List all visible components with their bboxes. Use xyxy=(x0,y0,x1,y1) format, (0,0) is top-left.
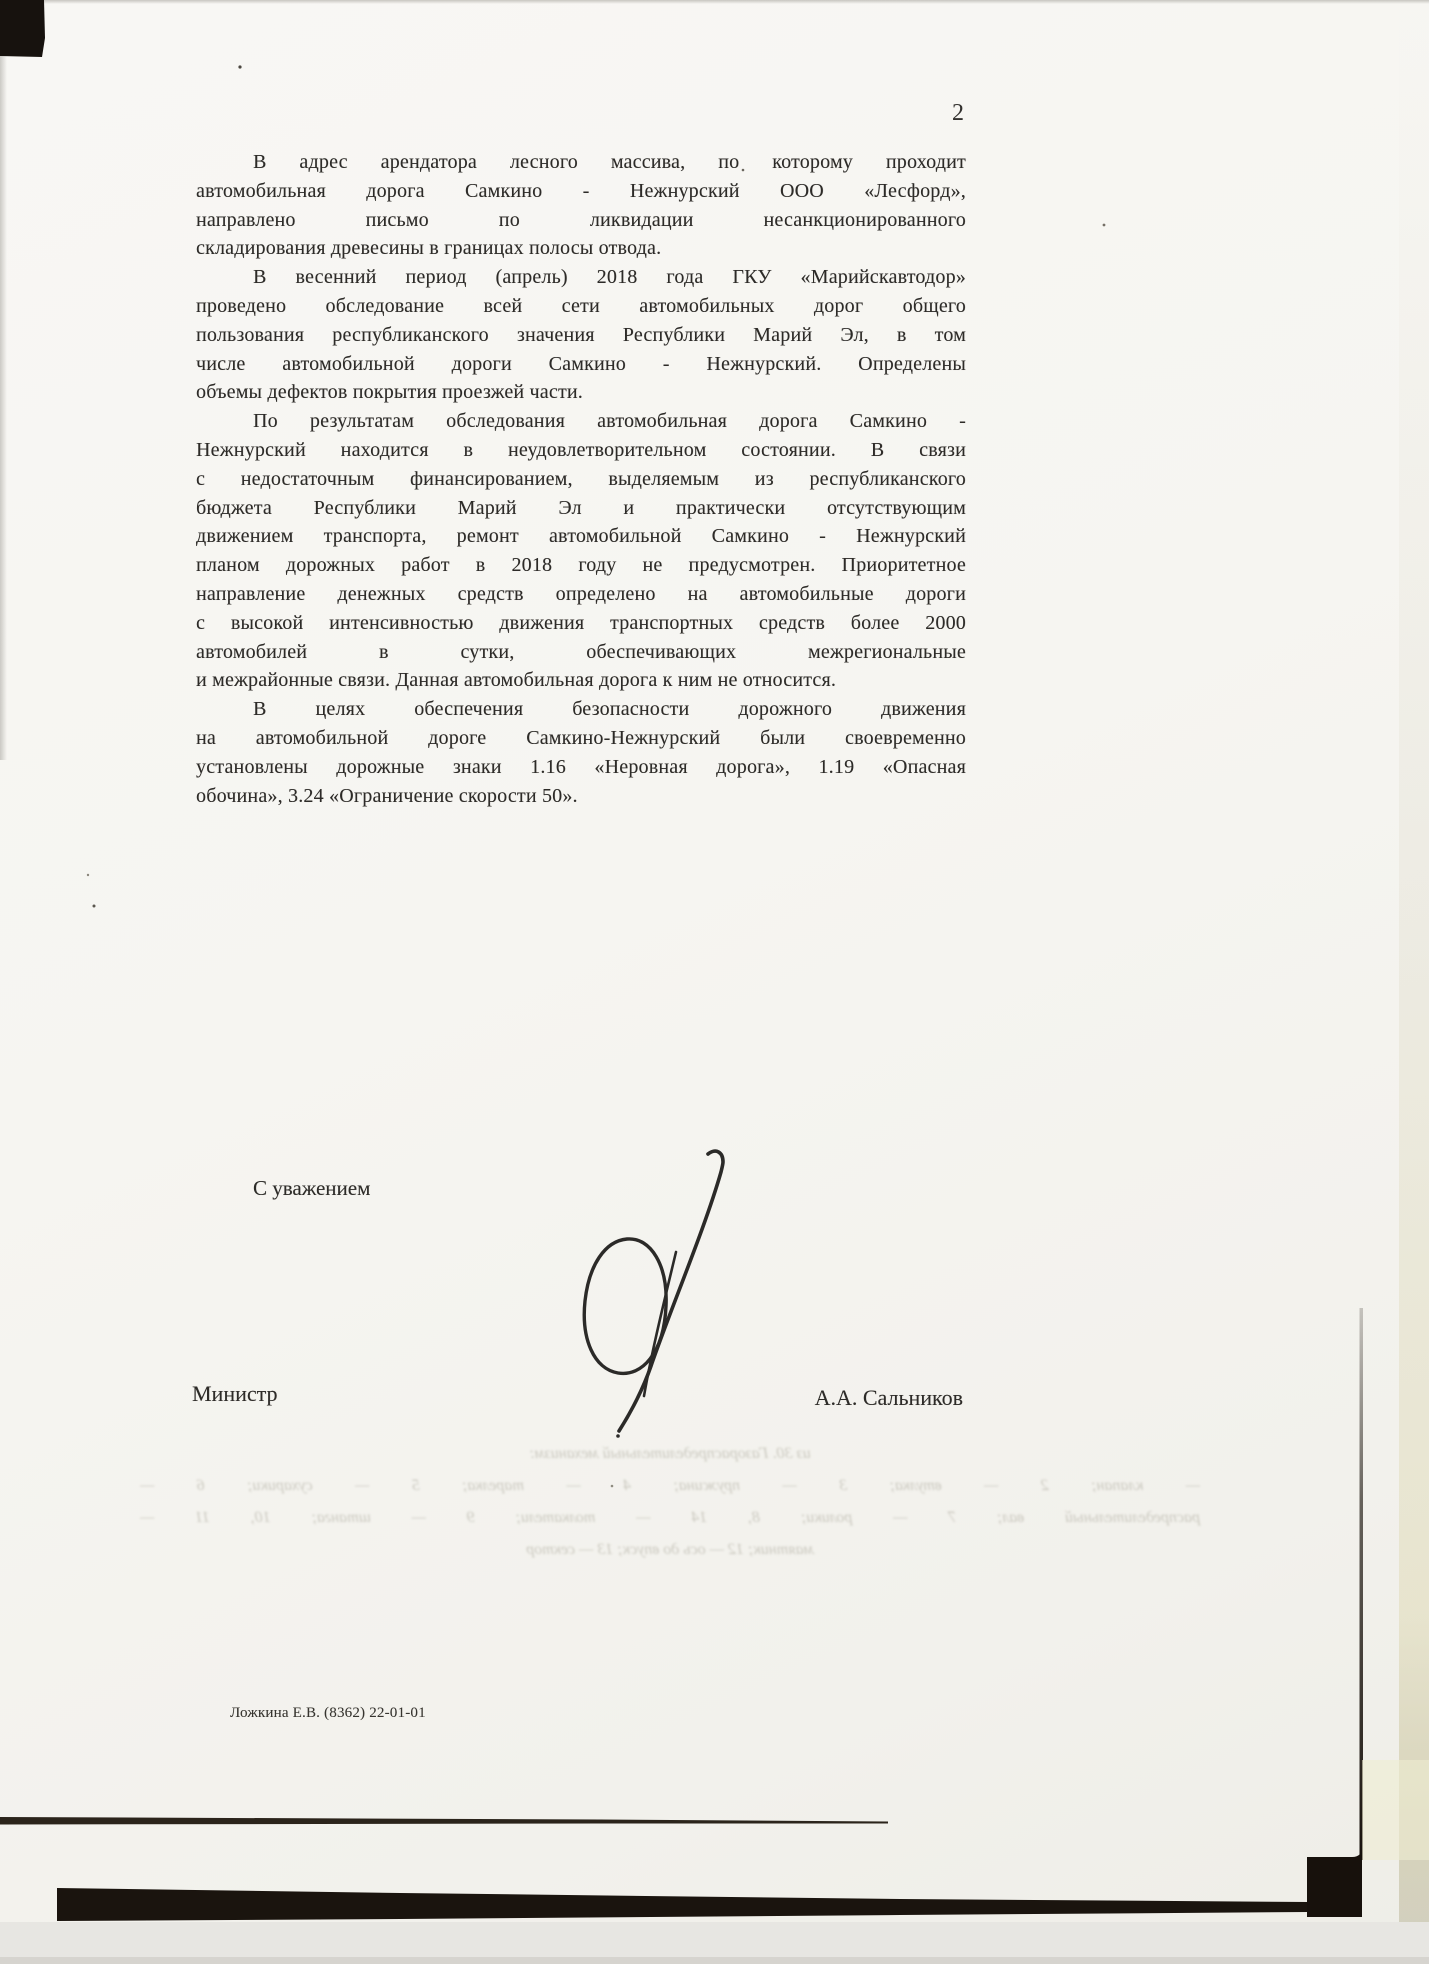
bleedthrough-line: маятник; 12 — ось до впуск; 13 — сектор xyxy=(140,1534,1200,1566)
bleedthrough-ghost-text: из 30. Газораспределительный механизм:— … xyxy=(140,1438,1200,1566)
scanner-bed-edge xyxy=(0,1957,1429,1964)
copier-block-fill xyxy=(1307,1857,1362,1917)
signer-name: А.А. Сальников xyxy=(815,1385,963,1411)
body-line: объемы дефектов покрытия проезжей части. xyxy=(196,378,966,407)
dust-speck xyxy=(238,65,241,68)
copier-streak-thin xyxy=(0,1817,888,1825)
body-line: пользования республиканского значения Ре… xyxy=(196,321,966,350)
letter-body: В адрес арендатора лесного массива, по к… xyxy=(196,148,966,810)
body-line: В адрес арендатора лесного массива, по к… xyxy=(196,148,966,177)
copier-bar-bottom xyxy=(57,1888,1308,1921)
bleedthrough-line: — клапан; 2 — втулка; 3 — пружина; 4 — т… xyxy=(140,1470,1200,1502)
paragraph: По результатам обследования автомобильна… xyxy=(196,407,966,695)
signature-inner-stroke xyxy=(644,1252,676,1396)
body-line: Нежнурский находится в неудовлетворитель… xyxy=(196,436,966,465)
body-line: обочина», 3.24 «Ограничение скорости 50»… xyxy=(196,782,966,811)
signer-position: Министр xyxy=(192,1381,278,1407)
executor-contact: Ложкина Е.В. (8362) 22-01-01 xyxy=(230,1705,426,1722)
scan-edge-left xyxy=(0,0,7,760)
body-line: и межрайонные связи. Данная автомобильна… xyxy=(196,666,966,695)
body-line: направлено письмо по ликвидации несанкци… xyxy=(196,206,966,235)
body-line: проведено обследование всей сети автомоб… xyxy=(196,292,966,321)
page-edge-line-right xyxy=(1360,1308,1364,1860)
body-line: автомобилей в сутки, обеспечивающих межр… xyxy=(196,638,966,667)
body-line: складирования древесины в границах полос… xyxy=(196,234,966,263)
body-line: числе автомобильной дороги Самкино - Неж… xyxy=(196,350,966,379)
dust-speck xyxy=(1103,224,1106,227)
paragraph: В адрес арендатора лесного массива, по к… xyxy=(196,148,966,263)
scan-edge-right xyxy=(1399,0,1429,1964)
body-line: с недостаточным финансированием, выделяе… xyxy=(196,465,966,494)
scanned-letter-page: 2 В адрес арендатора лесного массива, по… xyxy=(0,0,1429,1964)
copier-block-bottom-right xyxy=(1307,1847,1362,1917)
dust-speck xyxy=(87,874,89,876)
body-line: планом дорожных работ в 2018 году не пре… xyxy=(196,551,966,580)
scanner-bed-strip xyxy=(0,1922,1429,1964)
page-number: 2 xyxy=(952,100,965,127)
body-line: В весенний период (апрель) 2018 года ГКУ… xyxy=(196,263,966,292)
signature-main-stroke xyxy=(619,1151,723,1431)
dust-speck xyxy=(93,905,96,908)
body-line: В целях обеспечения безопасности дорожно… xyxy=(196,695,966,724)
handwritten-signature xyxy=(555,1140,785,1450)
scan-edge-top xyxy=(0,0,1429,4)
body-line: автомобильная дорога Самкино - Нежнурски… xyxy=(196,177,966,206)
salutation-text: С уважением xyxy=(253,1176,370,1201)
body-line: По результатам обследования автомобильна… xyxy=(196,407,966,436)
paragraph: В весенний период (апрель) 2018 года ГКУ… xyxy=(196,263,966,407)
body-line: направление денежных средств определено … xyxy=(196,580,966,609)
body-line: бюджета Республики Марий Эл и практическ… xyxy=(196,494,966,523)
paragraph: В целях обеспечения безопасности дорожно… xyxy=(196,695,966,810)
body-line: на автомобильной дороге Самкино-Нежнурск… xyxy=(196,724,966,753)
body-line: движением транспорта, ремонт автомобильн… xyxy=(196,522,966,551)
body-line: с высокой интенсивностью движения трансп… xyxy=(196,609,966,638)
bleedthrough-line: из 30. Газораспределительный механизм: xyxy=(140,1438,1200,1470)
body-line: установлены дорожные знаки 1.16 «Неровна… xyxy=(196,753,966,782)
bleedthrough-line: распределительный вал; 7 — ролики; 8, 14… xyxy=(140,1502,1200,1534)
